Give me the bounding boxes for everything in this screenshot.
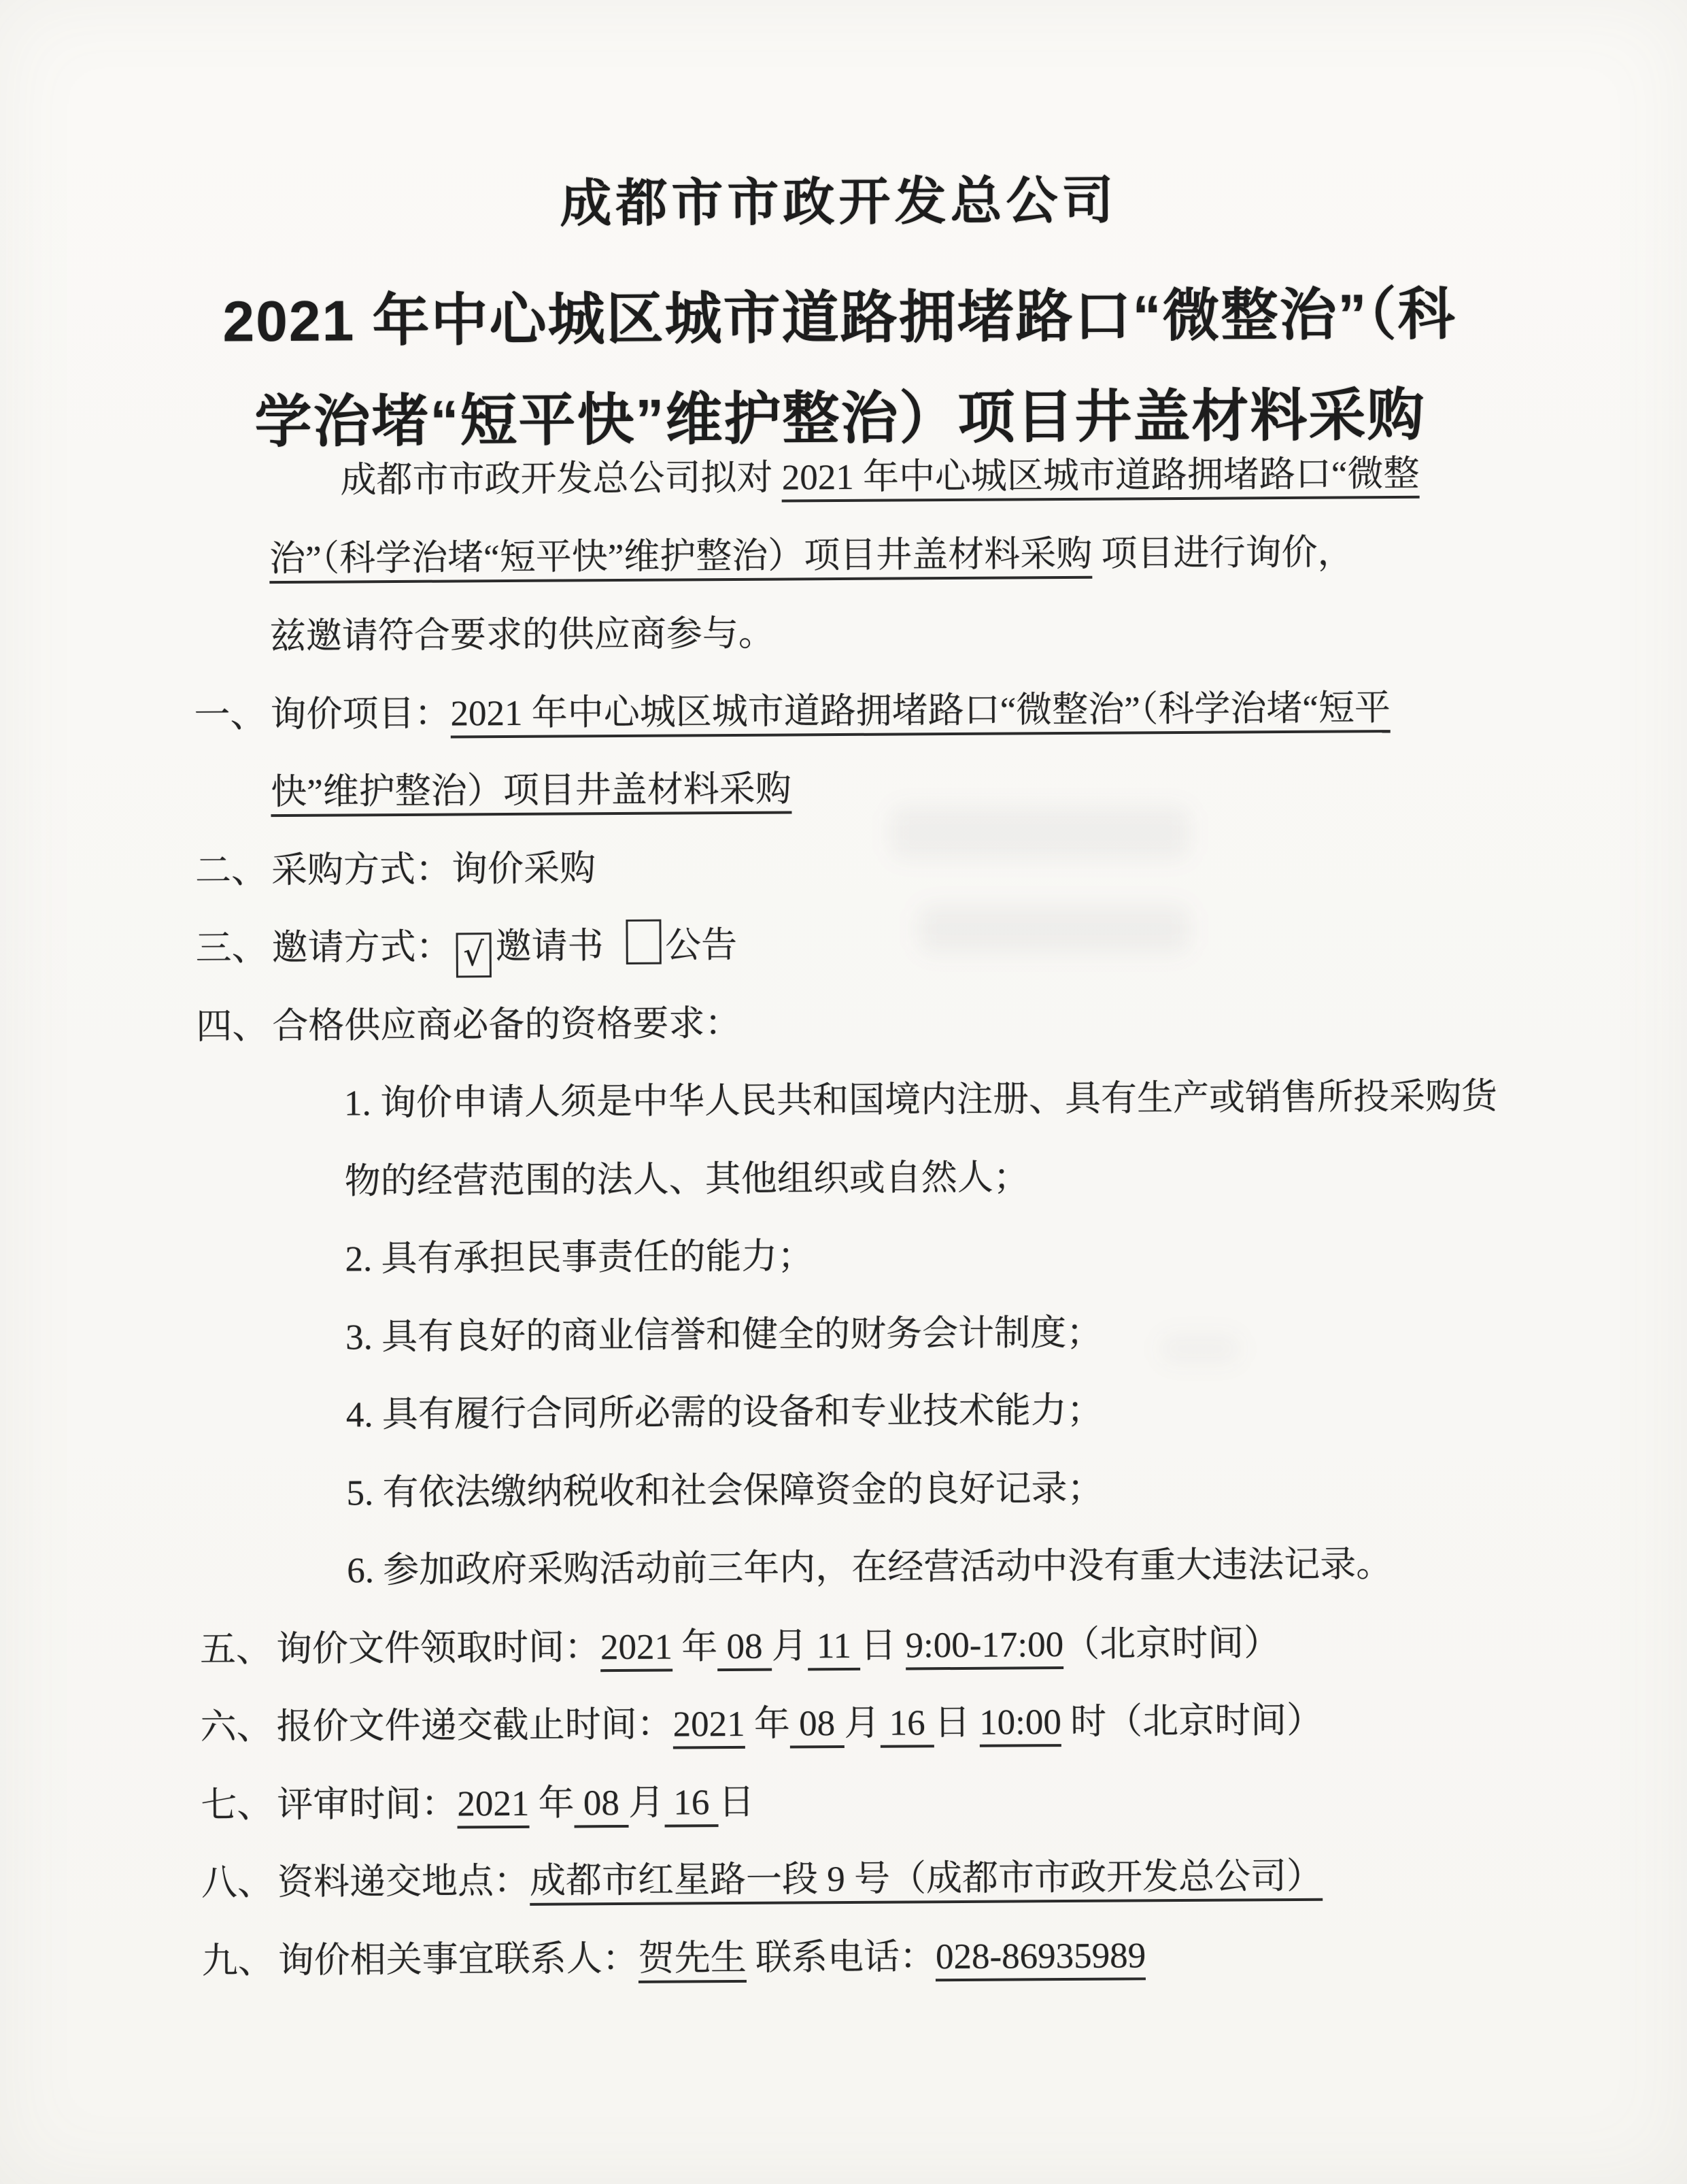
underlined-text: 治”（科学治堵“短平快”维护整治）项目井盖材料采购 bbox=[269, 534, 1092, 583]
item-3-invitation-method: 三、邀请方式：√邀请书 公告 bbox=[0, 901, 1687, 989]
item-9-contact: 九、询价相关事宜联系人：贺先生 联系电话：028-86935989 bbox=[5, 1913, 1687, 2002]
text-segment: 资料递交地点： bbox=[277, 1862, 530, 1902]
text-segment: 询价相关事宜联系人： bbox=[278, 1938, 638, 1980]
text-segment: 询价项目： bbox=[270, 694, 450, 735]
checkbox-empty-icon bbox=[626, 920, 661, 964]
text-segment: 3. 具有良好的商业信誉和健全的财务会计制度； bbox=[345, 1313, 1102, 1357]
document-body: 成都市市政开发总公司拟对 2021 年中心城区城市道路拥堵路口“微整治”（科学治… bbox=[0, 433, 1687, 2001]
item-7-review-time: 七、评审时间：2021 年 08 月 16 日 bbox=[5, 1758, 1687, 1846]
text-segment: 5. 有依法缴纳税收和社会保障资金的良好记录； bbox=[346, 1468, 1103, 1513]
requirement-6: 6. 参加政府采购活动前三年内，在经营活动中没有重大违法记录。 bbox=[3, 1524, 1687, 1612]
underlined-text: 028-86935989 bbox=[936, 1936, 1146, 1981]
underlined-text: 08 bbox=[790, 1704, 845, 1748]
item-1-inquiry-project-line-1: 一、询价项目：2021 年中心城区城市道路拥堵路口“微整治”（科学治堵“短平 bbox=[0, 667, 1686, 756]
list-number: 七、 bbox=[201, 1766, 273, 1845]
text-segment: 邀请书 bbox=[495, 926, 621, 967]
underlined-text: 08 bbox=[717, 1626, 772, 1670]
text-segment: 日 bbox=[718, 1782, 754, 1821]
requirement-1-line-2: 物的经营范围的法人、其他组织或自然人； bbox=[1, 1135, 1687, 1223]
item-6-quotation-deadline: 六、报价文件递交截止时间：2021 年 08 月 16 日 10:00 时（北京… bbox=[4, 1679, 1687, 1768]
text-segment: 月 bbox=[844, 1704, 880, 1743]
requirement-1-line-1: 1. 询价申请人须是中华人民共和国境内注册、具有生产或销售所投采购货 bbox=[1, 1056, 1687, 1145]
text-segment: （北京时间） bbox=[1063, 1624, 1280, 1664]
text-segment: 联系电话： bbox=[747, 1937, 936, 1978]
scanned-document-page: 成都市市政开发总公司 2021 年中心城区城市道路拥堵路口“微整治”（科 学治堵… bbox=[0, 0, 1687, 2184]
intro-line-1: 成都市市政开发总公司拟对 2021 年中心城区城市道路拥堵路口“微整 bbox=[0, 433, 1684, 522]
requirement-2: 2. 具有承担民事责任的能力； bbox=[1, 1212, 1687, 1300]
item-8-submission-address: 八、资料递交地点：成都市红星路一段 9 号（成都市市政开发总公司） bbox=[5, 1835, 1687, 1923]
text-segment: 年 bbox=[745, 1704, 790, 1744]
project-title-line-1: 2021 年中心城区城市道路拥堵路口“微整治”（科 bbox=[0, 261, 1683, 373]
list-number: 六、 bbox=[200, 1688, 273, 1766]
document-content: 成都市市政开发总公司 2021 年中心城区城市道路拥堵路口“微整治”（科 学治堵… bbox=[0, 0, 1687, 2184]
underlined-text: 成都市红星路一段 9 号（成都市市政开发总公司） bbox=[530, 1857, 1323, 1906]
underlined-text: 11 bbox=[808, 1626, 861, 1670]
text-segment: 月 bbox=[628, 1783, 664, 1822]
text-segment: 评审时间： bbox=[277, 1784, 457, 1825]
list-number: 一、 bbox=[194, 676, 267, 754]
underlined-text: 16 bbox=[880, 1703, 934, 1747]
list-number: 三、 bbox=[195, 909, 268, 988]
text-segment: 项目进行询价， bbox=[1092, 533, 1354, 573]
text-segment: 2. 具有承担民事责任的能力； bbox=[345, 1237, 813, 1279]
text-segment: 日 bbox=[934, 1703, 980, 1743]
underlined-text: 快”维护整治）项目井盖材料采购 bbox=[271, 769, 791, 817]
text-segment: 年 bbox=[529, 1783, 575, 1823]
underlined-text: 2021 bbox=[672, 1704, 745, 1749]
text-segment: 合格供应商必备的资格要求： bbox=[272, 1003, 740, 1045]
underlined-text: 2021 年中心城区城市道路拥堵路口“微整治”（科学治堵“短平 bbox=[450, 688, 1391, 738]
item-4-qualification-heading: 四、合格供应商必备的资格要求： bbox=[0, 979, 1687, 1067]
text-segment: 兹邀请符合要求的供应商参与。 bbox=[270, 614, 774, 657]
item-1-inquiry-project-line-2: 快”维护整治）项目井盖材料采购 bbox=[0, 745, 1686, 833]
list-number: 四、 bbox=[196, 988, 269, 1066]
text-segment: 年 bbox=[672, 1627, 718, 1666]
list-number: 八、 bbox=[201, 1844, 274, 1922]
underlined-text: 2021 年中心城区城市道路拥堵路口“微整 bbox=[782, 454, 1420, 503]
text-segment: 物的经营范围的法人、其他组织或自然人； bbox=[345, 1158, 1029, 1201]
underlined-text: 08 bbox=[574, 1783, 628, 1827]
text-segment: 成都市市政开发总公司拟对 bbox=[340, 458, 782, 501]
text-segment: 1. 询价申请人须是中华人民共和国境内注册、具有生产或销售所投采购货 bbox=[344, 1077, 1497, 1123]
text-segment: 询价文件领取时间： bbox=[276, 1628, 600, 1669]
text-segment: 邀请方式： bbox=[271, 928, 451, 969]
text-segment: 采购方式：询价采购 bbox=[271, 849, 596, 890]
text-segment: 6. 参加政府采购活动前三年内，在经营活动中没有重大违法记录。 bbox=[347, 1545, 1392, 1590]
item-2-procurement-method: 二、采购方式：询价采购 bbox=[0, 823, 1686, 911]
text-segment: 日 bbox=[860, 1626, 906, 1665]
text-segment: 时（北京时间） bbox=[1061, 1701, 1323, 1742]
underlined-text: 2021 bbox=[600, 1627, 672, 1672]
text-segment: 月 bbox=[772, 1626, 808, 1666]
text-segment: 报价文件递交截止时间： bbox=[276, 1705, 672, 1747]
intro-line-2: 治”（科学治堵“短平快”维护整治）项目井盖材料采购 项目进行询价， bbox=[0, 511, 1684, 600]
underlined-text: 贺先生 bbox=[638, 1938, 747, 1983]
underlined-text: 16 bbox=[664, 1783, 719, 1827]
checkbox-checked-icon: √ bbox=[456, 933, 492, 977]
requirement-5: 5. 有依法缴纳税收和社会保障资金的良好记录； bbox=[3, 1446, 1687, 1534]
underlined-text: 10:00 bbox=[979, 1702, 1061, 1747]
underlined-text: 2021 bbox=[457, 1783, 529, 1828]
list-number: 五、 bbox=[200, 1611, 273, 1689]
list-number: 九、 bbox=[201, 1922, 274, 2000]
text-segment: 公告 bbox=[665, 926, 737, 966]
intro-line-3: 兹邀请符合要求的供应商参与。 bbox=[0, 589, 1685, 677]
underlined-text: 9:00-17:00 bbox=[905, 1625, 1063, 1670]
requirement-4: 4. 具有履行合同所必需的设备和专业技术能力； bbox=[3, 1368, 1687, 1456]
item-5-document-collection-time: 五、询价文件领取时间：2021 年 08 月 11 日 9:00-17:00（北… bbox=[4, 1602, 1687, 1690]
requirement-3: 3. 具有良好的商业信誉和健全的财务会计制度； bbox=[2, 1290, 1687, 1379]
text-segment: 4. 具有履行合同所必需的设备和专业技术能力； bbox=[346, 1391, 1103, 1435]
list-number: 二、 bbox=[195, 832, 268, 910]
company-title: 成都市市政开发总公司 bbox=[0, 156, 1682, 248]
